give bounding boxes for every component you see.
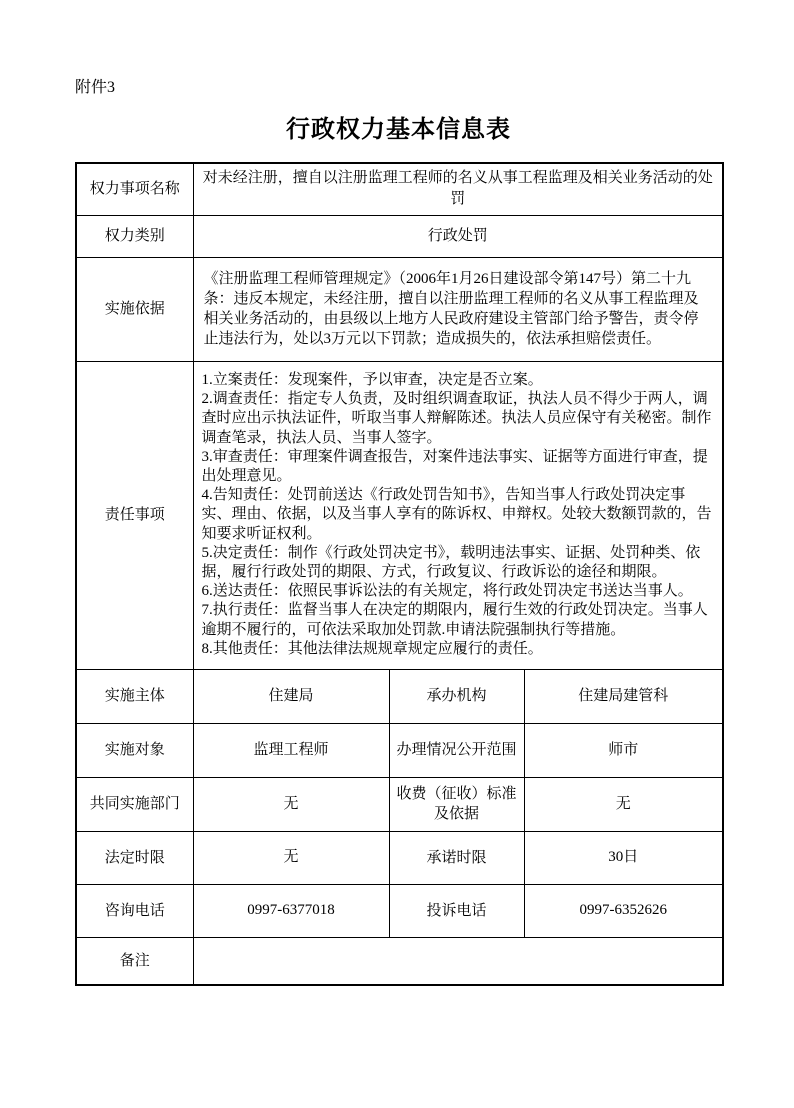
implementation-target-value: 监理工程师	[193, 723, 389, 777]
row-statutory-time-limit: 法定时限 无 承诺时限 30日	[76, 831, 723, 884]
implementation-basis-value: 《注册监理工程师管理规定》（2006年1月26日建设部令第147号）第二十九条：…	[193, 257, 723, 361]
implementing-body-value: 住建局	[193, 669, 389, 723]
promised-time-limit-value: 30日	[524, 831, 723, 884]
row-power-item-name: 权力事项名称 对未经注册，擅自以注册监理工程师的名义从事工程监理及相关业务活动的…	[76, 163, 723, 215]
page-title: 行政权力基本信息表	[75, 114, 722, 146]
implementation-basis-label: 实施依据	[76, 257, 193, 361]
basic-info-table: 权力事项名称 对未经注册，擅自以注册监理工程师的名义从事工程监理及相关业务活动的…	[75, 162, 724, 986]
responsibility-item-4: 4.告知责任：处罚前送达《行政处罚告知书》，告知当事人行政处罚决定事实、理由、依…	[202, 486, 715, 544]
consultation-phone-value: 0997-6377018	[193, 884, 389, 937]
remarks-label: 备注	[76, 937, 193, 985]
implementing-body-label: 实施主体	[76, 669, 193, 723]
promised-time-limit-label: 承诺时限	[389, 831, 524, 884]
responsibility-item-5: 5.决定责任：制作《行政处罚决定书》，载明违法事实、证据、处罚种类、依据，履行行…	[202, 544, 715, 582]
statutory-time-limit-value: 无	[193, 831, 389, 884]
power-item-name-label: 权力事项名称	[76, 163, 193, 215]
attachment-number: 附件3	[75, 78, 722, 98]
row-implementation-basis: 实施依据 《注册监理工程师管理规定》（2006年1月26日建设部令第147号）第…	[76, 257, 723, 361]
row-consultation-phone: 咨询电话 0997-6377018 投诉电话 0997-6352626	[76, 884, 723, 937]
remarks-value	[193, 937, 723, 985]
responsibility-matters-label: 责任事项	[76, 361, 193, 669]
joint-implementation-dept-value: 无	[193, 777, 389, 831]
responsibility-item-1: 1.立案责任：发现案件，予以审查，决定是否立案。	[202, 371, 715, 390]
document-page: 附件3 行政权力基本信息表 权力事项名称 对未经注册，擅自以注册监理工程师的名义…	[0, 0, 794, 1108]
row-responsibility-matters: 责任事项 1.立案责任：发现案件，予以审查，决定是否立案。 2.调查责任：指定专…	[76, 361, 723, 669]
responsibility-item-7: 7.执行责任：监督当事人在决定的期限内，履行生效的行政处罚决定。当事人逾期不履行…	[202, 601, 715, 639]
responsibility-item-8: 8.其他责任：其他法律法规规章规定应履行的责任。	[202, 640, 715, 659]
undertaking-agency-label: 承办机构	[389, 669, 524, 723]
complaint-phone-value: 0997-6352626	[524, 884, 723, 937]
statutory-time-limit-label: 法定时限	[76, 831, 193, 884]
complaint-phone-label: 投诉电话	[389, 884, 524, 937]
responsibility-item-2: 2.调查责任：指定专人负责，及时组织调查取证，执法人员不得少于两人，调查时应出示…	[202, 390, 715, 448]
disclosure-scope-label: 办理情况公开范围	[389, 723, 524, 777]
row-joint-implementation-dept: 共同实施部门 无 收费（征收）标准及依据 无	[76, 777, 723, 831]
row-implementing-body: 实施主体 住建局 承办机构 住建局建管科	[76, 669, 723, 723]
disclosure-scope-value: 师市	[524, 723, 723, 777]
power-category-label: 权力类别	[76, 215, 193, 257]
fee-standard-value: 无	[524, 777, 723, 831]
undertaking-agency-value: 住建局建管科	[524, 669, 723, 723]
consultation-phone-label: 咨询电话	[76, 884, 193, 937]
row-remarks: 备注	[76, 937, 723, 985]
responsibility-item-3: 3.审查责任：审理案件调查报告，对案件违法事实、证据等方面进行审查，提出处理意见…	[202, 448, 715, 486]
responsibility-matters-value: 1.立案责任：发现案件，予以审查，决定是否立案。 2.调查责任：指定专人负责，及…	[193, 361, 723, 669]
row-implementation-target: 实施对象 监理工程师 办理情况公开范围 师市	[76, 723, 723, 777]
row-power-category: 权力类别 行政处罚	[76, 215, 723, 257]
fee-standard-label: 收费（征收）标准及依据	[389, 777, 524, 831]
responsibility-item-6: 6.送达责任：依照民事诉讼法的有关规定，将行政处罚决定书送达当事人。	[202, 582, 715, 601]
joint-implementation-dept-label: 共同实施部门	[76, 777, 193, 831]
power-item-name-value: 对未经注册，擅自以注册监理工程师的名义从事工程监理及相关业务活动的处罚	[193, 163, 723, 215]
power-category-value: 行政处罚	[193, 215, 723, 257]
implementation-target-label: 实施对象	[76, 723, 193, 777]
